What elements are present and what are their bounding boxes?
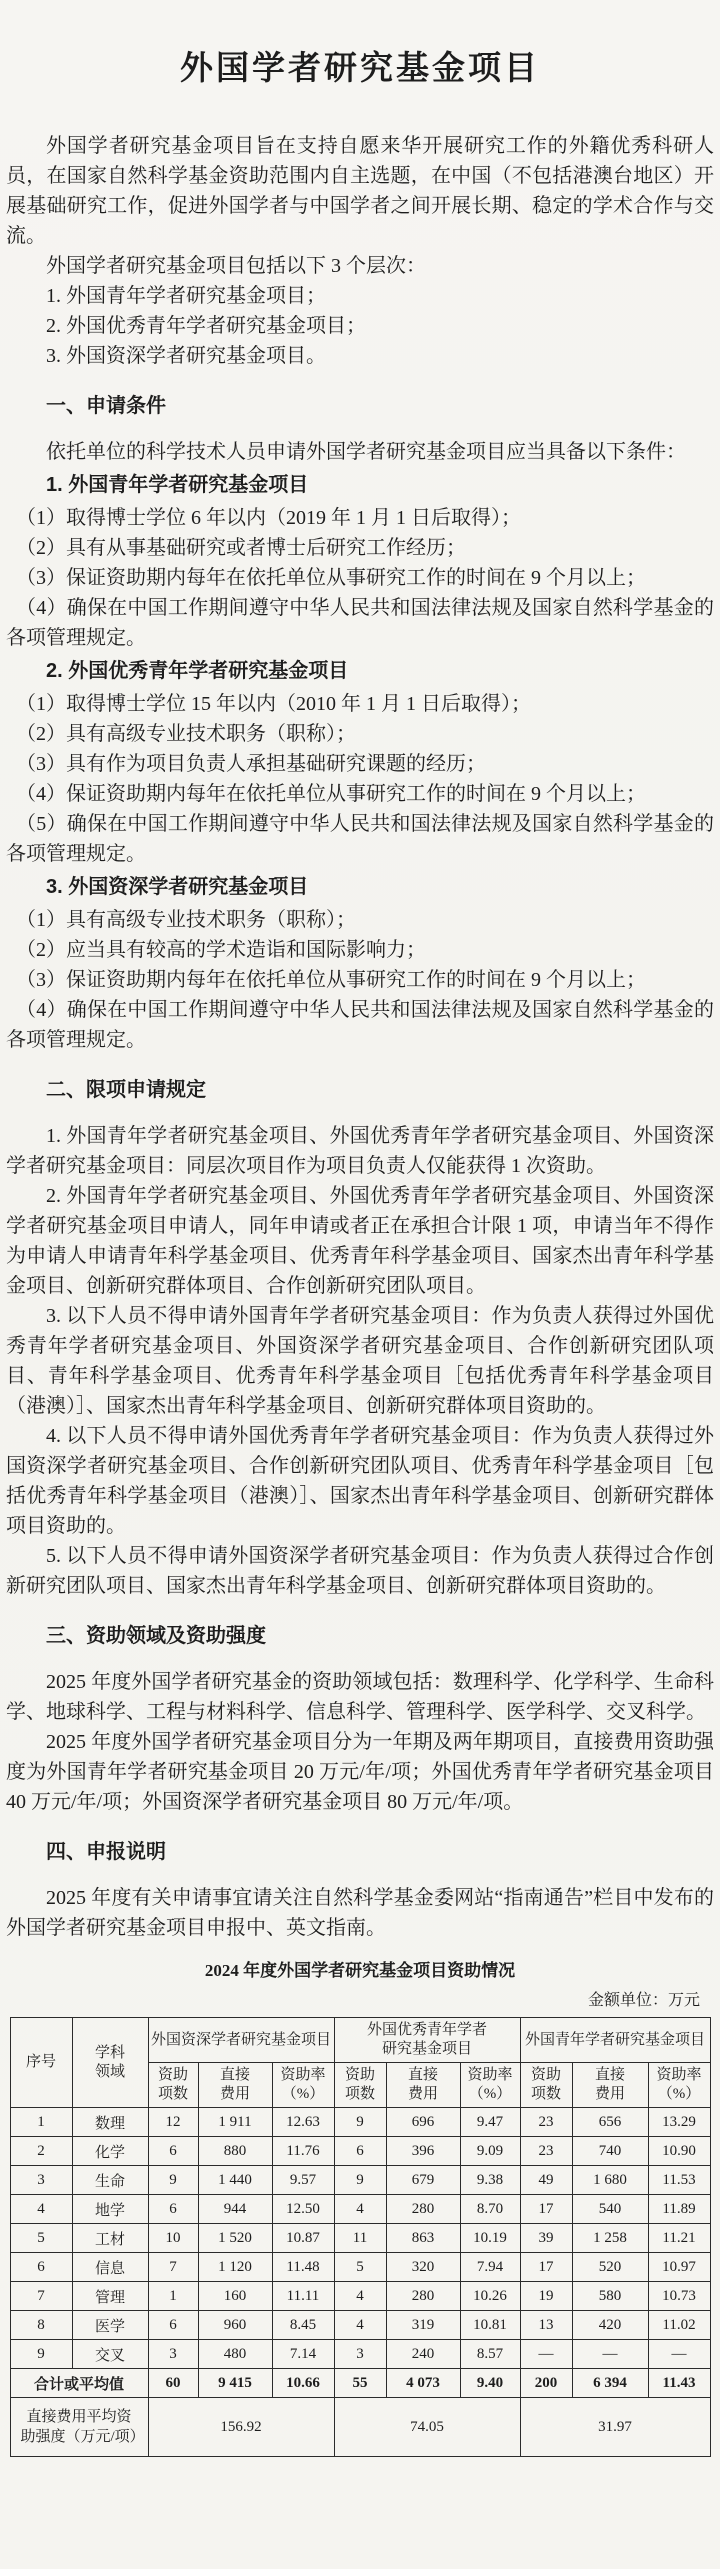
average-label: 直接费用平均资助强度（万元/项） bbox=[10, 2398, 148, 2457]
table-title: 2024 年度外国学者研究基金项目资助情况 bbox=[6, 1959, 714, 1983]
cell-value: 696 bbox=[386, 2108, 460, 2137]
cell-value: 1 520 bbox=[198, 2224, 272, 2253]
cell-field: 工材 bbox=[72, 2224, 148, 2253]
cell-value: 8.70 bbox=[460, 2195, 520, 2224]
average-cell-senior: 156.92 bbox=[148, 2398, 334, 2457]
cell-value: 3 bbox=[334, 2340, 386, 2369]
col-header-young-cost: 直接 费用 bbox=[572, 2063, 648, 2108]
cell-value: 11.89 bbox=[648, 2195, 710, 2224]
cell-value: 679 bbox=[386, 2166, 460, 2195]
total-cell: 9.40 bbox=[460, 2369, 520, 2398]
section-heading: 一、申请条件 bbox=[6, 391, 714, 421]
condition-item: （2）具有高级专业技术职务（职称）； bbox=[6, 719, 714, 749]
cell-value: 6 bbox=[148, 2195, 198, 2224]
cell-value: 4 bbox=[334, 2195, 386, 2224]
cell-value: 19 bbox=[520, 2282, 572, 2311]
cell-seq: 5 bbox=[10, 2224, 72, 2253]
cell-seq: 9 bbox=[10, 2340, 72, 2369]
cell-value: 580 bbox=[572, 2282, 648, 2311]
condition-item: （3）具有作为项目负责人承担基础研究课题的经历； bbox=[6, 749, 714, 779]
condition-item: （2）应当具有较高的学术造诣和国际影响力； bbox=[6, 935, 714, 965]
cell-value: 10.19 bbox=[460, 2224, 520, 2253]
paragraph: 依托单位的科学技术人员申请外国学者研究基金项目应当具备以下条件： bbox=[6, 437, 714, 467]
cell-value: 9 bbox=[334, 2166, 386, 2195]
condition-item: （3）保证资助期内每年在依托单位从事研究工作的时间在 9 个月以上； bbox=[6, 965, 714, 995]
cell-value: 8.57 bbox=[460, 2340, 520, 2369]
cell-value: 10.26 bbox=[460, 2282, 520, 2311]
sub-heading: 3. 外国资深学者研究基金项目 bbox=[6, 872, 714, 902]
cell-value: 420 bbox=[572, 2311, 648, 2340]
cell-value: 320 bbox=[386, 2253, 460, 2282]
condition-item: （2）具有从事基础研究或者博士后研究工作经历； bbox=[6, 533, 714, 563]
cell-value: 540 bbox=[572, 2195, 648, 2224]
cell-value: 880 bbox=[198, 2137, 272, 2166]
cell-value: 11.76 bbox=[272, 2137, 334, 2166]
cell-value: 7.94 bbox=[460, 2253, 520, 2282]
cell-value: 10.73 bbox=[648, 2282, 710, 2311]
document-page: 外国学者研究基金项目 外国学者研究基金项目旨在支持自愿来华开展研究工作的外籍优秀… bbox=[0, 0, 720, 2569]
cell-value: 13 bbox=[520, 2311, 572, 2340]
cell-value: 12 bbox=[148, 2108, 198, 2137]
cell-value: 960 bbox=[198, 2311, 272, 2340]
level-list-item: 3. 外国资深学者研究基金项目。 bbox=[6, 341, 714, 371]
cell-value: 1 911 bbox=[198, 2108, 272, 2137]
paragraph: 2025 年度外国学者研究基金项目分为一年期及两年期项目，直接费用资助强度为外国… bbox=[6, 1727, 714, 1817]
page-title: 外国学者研究基金项目 bbox=[6, 42, 714, 89]
cell-value: 10.87 bbox=[272, 2224, 334, 2253]
funding-table: 序号 学科 领域 外国资深学者研究基金项目 外国优秀青年学者 研究基金项目 外国… bbox=[10, 2017, 711, 2457]
cell-value: 1 440 bbox=[198, 2166, 272, 2195]
condition-item: （1）取得博士学位 6 年以内（2019 年 1 月 1 日后取得）； bbox=[6, 503, 714, 533]
col-header-group-young: 外国青年学者研究基金项目 bbox=[520, 2018, 710, 2063]
cell-value: 9 bbox=[334, 2108, 386, 2137]
paragraph: 外国学者研究基金项目包括以下 3 个层次： bbox=[6, 251, 714, 281]
cell-seq: 6 bbox=[10, 2253, 72, 2282]
cell-value: 1 258 bbox=[572, 2224, 648, 2253]
cell-value: 9.57 bbox=[272, 2166, 334, 2195]
table-unit-note: 金额单位：万元 bbox=[6, 1991, 700, 2011]
cell-seq: 4 bbox=[10, 2195, 72, 2224]
level-list-item: 1. 外国青年学者研究基金项目； bbox=[6, 281, 714, 311]
cell-value: — bbox=[648, 2340, 710, 2369]
total-cell: 11.43 bbox=[648, 2369, 710, 2398]
cell-field: 化学 bbox=[72, 2137, 148, 2166]
cell-value: 4 bbox=[334, 2311, 386, 2340]
cell-value: 396 bbox=[386, 2137, 460, 2166]
sub-heading: 2. 外国优秀青年学者研究基金项目 bbox=[6, 656, 714, 686]
paragraph: 5. 以下人员不得申请外国资深学者研究基金项目：作为负责人获得过合作创新研究团队… bbox=[6, 1541, 714, 1601]
col-header-excellent-rate: 资助率 （%） bbox=[460, 2063, 520, 2108]
cell-field: 信息 bbox=[72, 2253, 148, 2282]
paragraph: 2025 年度外国学者研究基金的资助领域包括：数理科学、化学科学、生命科学、地球… bbox=[6, 1667, 714, 1727]
cell-value: 7 bbox=[148, 2253, 198, 2282]
table-row: 7管理116011.11428010.261958010.73 bbox=[10, 2282, 710, 2311]
cell-value: 9 bbox=[148, 2166, 198, 2195]
cell-value: 11 bbox=[334, 2224, 386, 2253]
cell-field: 数理 bbox=[72, 2108, 148, 2137]
cell-value: 8.45 bbox=[272, 2311, 334, 2340]
col-header-senior-count: 资助 项数 bbox=[148, 2063, 198, 2108]
section-heading: 二、限项申请规定 bbox=[6, 1075, 714, 1105]
cell-field: 交叉 bbox=[72, 2340, 148, 2369]
table-row: 1数理121 91112.6396969.472365613.29 bbox=[10, 2108, 710, 2137]
cell-value: 740 bbox=[572, 2137, 648, 2166]
cell-field: 地学 bbox=[72, 2195, 148, 2224]
total-cell: 9 415 bbox=[198, 2369, 272, 2398]
cell-value: 480 bbox=[198, 2340, 272, 2369]
total-cell: 200 bbox=[520, 2369, 572, 2398]
col-header-senior-rate: 资助率 （%） bbox=[272, 2063, 334, 2108]
cell-seq: 8 bbox=[10, 2311, 72, 2340]
cell-value: 9.47 bbox=[460, 2108, 520, 2137]
cell-value: 49 bbox=[520, 2166, 572, 2195]
cell-value: 23 bbox=[520, 2137, 572, 2166]
table-row: 4地学694412.5042808.701754011.89 bbox=[10, 2195, 710, 2224]
col-header-excellent-count: 资助 项数 bbox=[334, 2063, 386, 2108]
table-body: 1数理121 91112.6396969.472365613.292化学6880… bbox=[10, 2108, 710, 2369]
cell-value: 7.14 bbox=[272, 2340, 334, 2369]
cell-value: 9.09 bbox=[460, 2137, 520, 2166]
cell-value: 1 680 bbox=[572, 2166, 648, 2195]
cell-field: 管理 bbox=[72, 2282, 148, 2311]
paragraph: 4. 以下人员不得申请外国优秀青年学者研究基金项目：作为负责人获得过外国资深学者… bbox=[6, 1421, 714, 1541]
table-row: 9交叉34807.1432408.57——— bbox=[10, 2340, 710, 2369]
cell-value: 280 bbox=[386, 2282, 460, 2311]
total-cell: 6 394 bbox=[572, 2369, 648, 2398]
cell-value: 6 bbox=[148, 2311, 198, 2340]
total-cell: 55 bbox=[334, 2369, 386, 2398]
table-header-group-row: 序号 学科 领域 外国资深学者研究基金项目 外国优秀青年学者 研究基金项目 外国… bbox=[10, 2018, 710, 2063]
cell-value: 6 bbox=[334, 2137, 386, 2166]
col-header-group-senior: 外国资深学者研究基金项目 bbox=[148, 2018, 334, 2063]
condition-item: （4）确保在中国工作期间遵守中华人民共和国法律法规及国家自然科学基金的各项管理规… bbox=[6, 995, 714, 1055]
table-total-row: 合计或平均值 60 9 415 10.66 55 4 073 9.40 200 … bbox=[10, 2369, 710, 2398]
cell-value: 13.29 bbox=[648, 2108, 710, 2137]
paragraph: 1. 外国青年学者研究基金项目、外国优秀青年学者研究基金项目、外国资深学者研究基… bbox=[6, 1121, 714, 1181]
table-row: 8医学69608.45431910.811342011.02 bbox=[10, 2311, 710, 2340]
cell-value: 1 bbox=[148, 2282, 198, 2311]
cell-value: 10 bbox=[148, 2224, 198, 2253]
cell-value: 11.53 bbox=[648, 2166, 710, 2195]
paragraph: 外国学者研究基金项目旨在支持自愿来华开展研究工作的外籍优秀科研人员，在国家自然科… bbox=[6, 131, 714, 251]
col-header-senior-cost: 直接 费用 bbox=[198, 2063, 272, 2108]
sub-heading: 1. 外国青年学者研究基金项目 bbox=[6, 470, 714, 500]
col-header-field: 学科 领域 bbox=[72, 2018, 148, 2108]
section-heading: 三、资助领域及资助强度 bbox=[6, 1621, 714, 1651]
condition-item: （1）取得博士学位 15 年以内（2010 年 1 月 1 日后取得）； bbox=[6, 689, 714, 719]
table-average-row: 直接费用平均资助强度（万元/项） 156.92 74.05 31.97 bbox=[10, 2398, 710, 2457]
table-row: 2化学688011.7663969.092374010.90 bbox=[10, 2137, 710, 2166]
cell-value: 863 bbox=[386, 2224, 460, 2253]
cell-seq: 2 bbox=[10, 2137, 72, 2166]
cell-value: 39 bbox=[520, 2224, 572, 2253]
col-header-excellent-cost: 直接 费用 bbox=[386, 2063, 460, 2108]
paragraph: 2025 年度有关申请事宜请关注自然科学基金委网站“指南通告”栏目中发布的外国学… bbox=[6, 1883, 714, 1943]
cell-value: 944 bbox=[198, 2195, 272, 2224]
cell-value: 4 bbox=[334, 2282, 386, 2311]
cell-value: 11.02 bbox=[648, 2311, 710, 2340]
condition-item: （5）确保在中国工作期间遵守中华人民共和国法律法规及国家自然科学基金的各项管理规… bbox=[6, 809, 714, 869]
cell-seq: 3 bbox=[10, 2166, 72, 2195]
total-cell: 10.66 bbox=[272, 2369, 334, 2398]
paragraph: 2. 外国青年学者研究基金项目、外国优秀青年学者研究基金项目、外国资深学者研究基… bbox=[6, 1181, 714, 1301]
col-header-young-rate: 资助率 （%） bbox=[648, 2063, 710, 2108]
cell-seq: 1 bbox=[10, 2108, 72, 2137]
condition-item: （3）保证资助期内每年在依托单位从事研究工作的时间在 9 个月以上； bbox=[6, 563, 714, 593]
cell-value: 280 bbox=[386, 2195, 460, 2224]
cell-value: 240 bbox=[386, 2340, 460, 2369]
condition-item: （4）保证资助期内每年在依托单位从事研究工作的时间在 9 个月以上； bbox=[6, 779, 714, 809]
cell-value: 319 bbox=[386, 2311, 460, 2340]
cell-field: 生命 bbox=[72, 2166, 148, 2195]
total-cell: 60 bbox=[148, 2369, 198, 2398]
level-list-item: 2. 外国优秀青年学者研究基金项目； bbox=[6, 311, 714, 341]
col-header-group-excellent-young: 外国优秀青年学者 研究基金项目 bbox=[334, 2018, 520, 2063]
cell-field: 医学 bbox=[72, 2311, 148, 2340]
total-cell: 4 073 bbox=[386, 2369, 460, 2398]
cell-value: 3 bbox=[148, 2340, 198, 2369]
section-heading: 四、申报说明 bbox=[6, 1837, 714, 1867]
cell-value: 1 120 bbox=[198, 2253, 272, 2282]
condition-item: （1）具有高级专业技术职务（职称）； bbox=[6, 905, 714, 935]
cell-value: 23 bbox=[520, 2108, 572, 2137]
condition-item: （4）确保在中国工作期间遵守中华人民共和国法律法规及国家自然科学基金的各项管理规… bbox=[6, 593, 714, 653]
cell-value: 17 bbox=[520, 2253, 572, 2282]
cell-value: 160 bbox=[198, 2282, 272, 2311]
cell-value: 12.63 bbox=[272, 2108, 334, 2137]
average-cell-young: 31.97 bbox=[520, 2398, 710, 2457]
cell-value: — bbox=[520, 2340, 572, 2369]
cell-value: 12.50 bbox=[272, 2195, 334, 2224]
paragraph: 3. 以下人员不得申请外国青年学者研究基金项目：作为负责人获得过外国优秀青年学者… bbox=[6, 1301, 714, 1421]
cell-value: 10.90 bbox=[648, 2137, 710, 2166]
table-row: 3生命91 4409.5796799.38491 68011.53 bbox=[10, 2166, 710, 2195]
cell-value: 6 bbox=[148, 2137, 198, 2166]
col-header-seq: 序号 bbox=[10, 2018, 72, 2108]
cell-value: 11.21 bbox=[648, 2224, 710, 2253]
col-header-young-count: 资助 项数 bbox=[520, 2063, 572, 2108]
cell-value: 11.11 bbox=[272, 2282, 334, 2311]
cell-value: 10.97 bbox=[648, 2253, 710, 2282]
total-label: 合计或平均值 bbox=[10, 2369, 148, 2398]
table-row: 5工材101 52010.871186310.19391 25811.21 bbox=[10, 2224, 710, 2253]
document-body: 外国学者研究基金项目旨在支持自愿来华开展研究工作的外籍优秀科研人员，在国家自然科… bbox=[6, 131, 714, 1943]
cell-value: 520 bbox=[572, 2253, 648, 2282]
cell-value: 17 bbox=[520, 2195, 572, 2224]
cell-value: — bbox=[572, 2340, 648, 2369]
cell-value: 10.81 bbox=[460, 2311, 520, 2340]
cell-value: 656 bbox=[572, 2108, 648, 2137]
table-row: 6信息71 12011.4853207.941752010.97 bbox=[10, 2253, 710, 2282]
cell-value: 9.38 bbox=[460, 2166, 520, 2195]
cell-seq: 7 bbox=[10, 2282, 72, 2311]
average-cell-excellent: 74.05 bbox=[334, 2398, 520, 2457]
cell-value: 5 bbox=[334, 2253, 386, 2282]
cell-value: 11.48 bbox=[272, 2253, 334, 2282]
